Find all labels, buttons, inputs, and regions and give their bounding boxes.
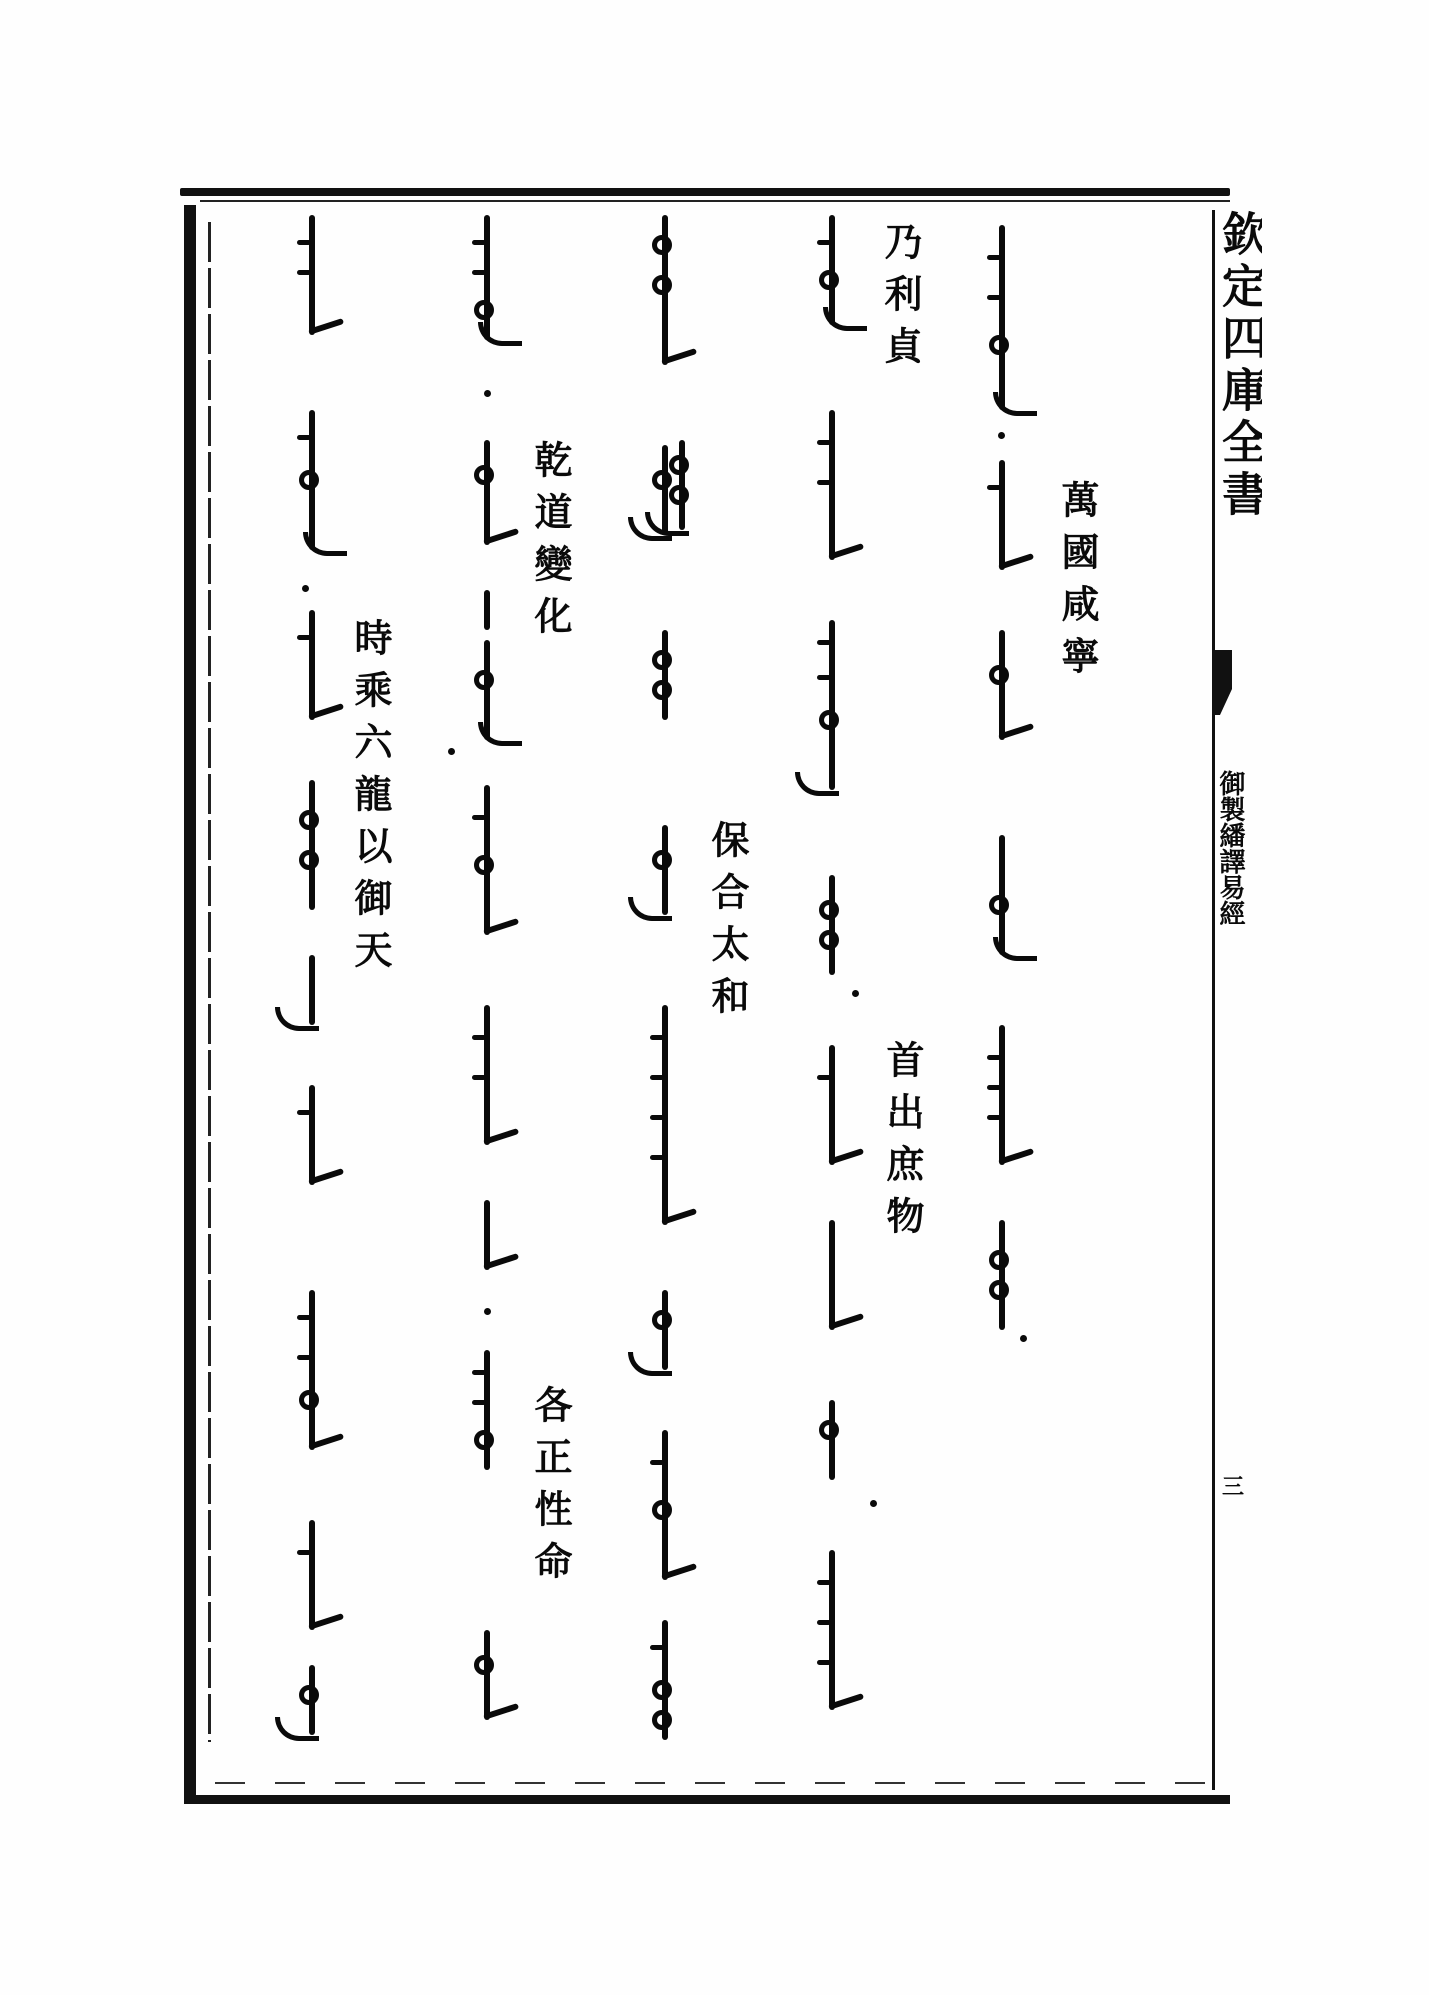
- word-separator-dot: [1020, 1335, 1027, 1342]
- manchu-word: [295, 610, 325, 720]
- manchu-word: [470, 1200, 500, 1270]
- manchu-word: [985, 225, 1015, 410]
- word-separator-dot: [852, 990, 859, 997]
- word-separator-dot: [448, 748, 455, 755]
- manchu-word: [815, 1045, 845, 1165]
- manchu-word: [470, 1350, 500, 1470]
- gloss-qiandao-bianhua: 乾道變化: [528, 440, 572, 648]
- frame-bottom-border: [184, 1795, 1230, 1804]
- manchu-word: [665, 440, 695, 530]
- manchu-word: [815, 1220, 845, 1330]
- manchu-word: [985, 460, 1015, 570]
- manchu-word: [815, 215, 845, 325]
- gloss-shouchu-shuwu: 首出庶物: [880, 1040, 924, 1248]
- manchu-word: [648, 825, 678, 915]
- collection-title: 欽定四庫全書: [1222, 210, 1262, 620]
- manchu-word: [815, 1400, 845, 1480]
- word-separator-dot: [870, 1500, 877, 1507]
- manchu-word: [648, 215, 678, 365]
- manchu-word: [295, 955, 325, 1025]
- spine-divider-line: [1212, 210, 1215, 1790]
- manchu-word: [470, 215, 500, 340]
- manchu-word: [985, 1025, 1015, 1165]
- manchu-word: [815, 410, 845, 560]
- manchu-word: [985, 630, 1015, 740]
- manchu-word: [648, 1620, 678, 1740]
- manchu-word: [815, 1550, 845, 1710]
- manchu-word: [648, 1430, 678, 1580]
- frame-top-border: [180, 188, 1230, 196]
- manchu-word: [648, 1005, 678, 1225]
- manchu-word: [648, 1290, 678, 1370]
- manchu-word: [985, 835, 1015, 955]
- manchu-word: [295, 1665, 325, 1735]
- manchu-word: [295, 1085, 325, 1185]
- manchu-word: [295, 780, 325, 910]
- word-separator-dot: [998, 432, 1005, 439]
- book-title: 御製繙譯易經: [1214, 770, 1244, 926]
- manchu-word: [295, 1520, 325, 1630]
- manchu-word: [815, 620, 845, 790]
- page-number: 三: [1222, 1470, 1244, 1501]
- manchu-word: [470, 590, 500, 630]
- manchu-word: [470, 1630, 500, 1720]
- gloss-nai-li-zhen: 乃利貞: [878, 222, 922, 378]
- manchu-word: [295, 1290, 325, 1450]
- gloss-gezheng-xingming: 各正性命: [528, 1385, 572, 1593]
- manchu-word: [470, 440, 500, 545]
- manchu-word: [985, 1220, 1015, 1330]
- word-separator-dot: [302, 585, 309, 592]
- gloss-wanguo-xianning: 萬國咸寧: [1055, 480, 1099, 688]
- gloss-shicheng-liulong: 時乘六龍以御天: [348, 618, 392, 982]
- frame-left-inner-line: [208, 222, 211, 1742]
- gloss-baohe-taihe: 保合太和: [705, 820, 749, 1028]
- manchu-word: [815, 875, 845, 975]
- frame-bottom-inner-line: [215, 1782, 1230, 1784]
- word-separator-dot: [484, 390, 491, 397]
- manchu-word: [295, 410, 325, 550]
- manchu-word: [470, 640, 500, 740]
- manchu-word: [295, 215, 325, 335]
- scanned-page: 欽定四庫全書 御製繙譯易經 三 萬國咸寧 乃利貞 首出庶物 保合太和 乾道變化 …: [0, 0, 1429, 1995]
- manchu-word: [648, 630, 678, 720]
- frame-left-border: [184, 205, 196, 1795]
- manchu-word: [470, 1005, 500, 1145]
- frame-top-inner-line: [200, 200, 1230, 202]
- word-separator-dot: [484, 1308, 491, 1315]
- manchu-word: [470, 785, 500, 935]
- fishtail-mark: [1212, 650, 1232, 715]
